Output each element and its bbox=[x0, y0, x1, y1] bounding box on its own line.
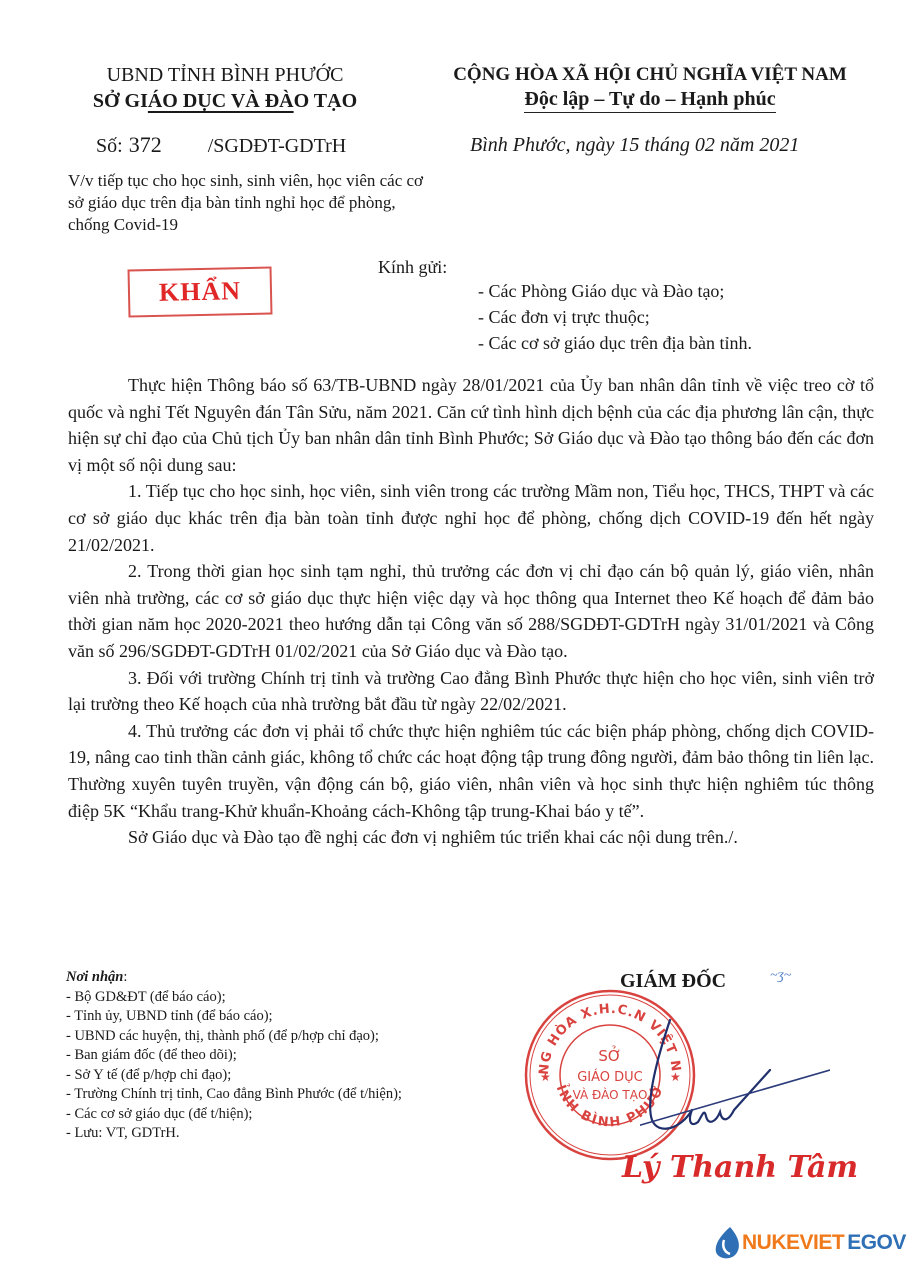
svg-text:GIÁO DỤC: GIÁO DỤC bbox=[577, 1069, 643, 1085]
svg-text:★: ★ bbox=[540, 1070, 551, 1084]
svg-text:SỞ: SỞ bbox=[598, 1045, 621, 1065]
issuing-organization: SỞ GIÁO DỤC VÀ ĐÀO TẠO bbox=[60, 88, 390, 114]
body-paragraph: 3. Đối với trường Chính trị tỉnh và trườ… bbox=[68, 665, 874, 718]
logo-text-secondary: EGOV bbox=[847, 1231, 906, 1255]
doc-number-suffix: /SGDĐT-GDTrH bbox=[208, 135, 347, 157]
svg-text:VÀ ĐÀO TẠO: VÀ ĐÀO TẠO bbox=[573, 1087, 648, 1102]
distribution-list: Nơi nhận: - Bộ GD&ĐT (để báo cáo); - Tỉn… bbox=[66, 968, 402, 1144]
distribution-item: - Các cơ sở giáo dục (để t/hiện); bbox=[66, 1105, 402, 1125]
doc-number-value: 372 bbox=[129, 132, 162, 157]
distribution-item: - UBND các huyện, thị, thành phố (để p/h… bbox=[66, 1027, 402, 1047]
document-subject: V/v tiếp tục cho học sinh, sinh viên, họ… bbox=[68, 170, 428, 236]
body-paragraph: 1. Tiếp tục cho học sinh, học viên, sinh… bbox=[68, 478, 874, 558]
water-drop-icon bbox=[712, 1226, 742, 1260]
recipient-item: - Các Phòng Giáo dục và Đào tạo; bbox=[478, 278, 752, 304]
distribution-item: - Tỉnh ủy, UBND tỉnh (để báo cáo); bbox=[66, 1007, 402, 1027]
distribution-item: - Sở Y tế (để p/hợp chỉ đạo); bbox=[66, 1066, 402, 1086]
distribution-heading-text: Nơi nhận bbox=[66, 969, 123, 985]
place-date: Bình Phước, ngày 15 tháng 02 năm 2021 bbox=[470, 132, 799, 158]
signer-name: Lý Thanh Tâm bbox=[622, 1150, 858, 1185]
distribution-item: - Bộ GD&ĐT (để báo cáo); bbox=[66, 988, 402, 1008]
distribution-item: - Ban giám đốc (để theo dõi); bbox=[66, 1046, 402, 1066]
recipient-item: - Các đơn vị trực thuộc; bbox=[478, 304, 752, 330]
body-paragraph: 4. Thủ trưởng các đơn vị phải tổ chức th… bbox=[68, 718, 874, 824]
doc-number-label: Số: bbox=[96, 135, 123, 157]
distribution-item: - Trường Chính trị tỉnh, Cao đẳng Bình P… bbox=[66, 1085, 402, 1105]
urgent-stamp: KHẨN bbox=[128, 266, 273, 317]
body-paragraph: 2. Trong thời gian học sinh tạm nghỉ, th… bbox=[68, 558, 874, 664]
document-number: Số:372/SGDĐT-GDTrH bbox=[96, 132, 346, 159]
logo-text-primary: NUKEVIET bbox=[742, 1231, 844, 1255]
motto-text: Độc lập – Tự do – Hạnh phúc bbox=[524, 88, 775, 113]
signer-title: GIÁM ĐỐC bbox=[620, 970, 726, 993]
urgent-stamp-label: KHẨN bbox=[159, 276, 242, 308]
distribution-heading: Nơi nhận: bbox=[66, 968, 402, 988]
initials-mark: ~ʒ~ bbox=[770, 968, 791, 984]
org-name-underlined: ÁO DỤC VÀ ĐÀ bbox=[148, 90, 294, 112]
distribution-item: - Lưu: VT, GDTrH. bbox=[66, 1124, 402, 1144]
body-paragraph: Thực hiện Thông báo số 63/TB-UBND ngày 2… bbox=[68, 372, 874, 478]
parent-organization: UBND TỈNH BÌNH PHƯỚC bbox=[60, 62, 390, 88]
handwritten-signature-icon bbox=[640, 1010, 830, 1170]
document-body: Thực hiện Thông báo số 63/TB-UBND ngày 2… bbox=[68, 372, 874, 851]
org-name-part: O TẠO bbox=[294, 90, 358, 112]
recipients-list: - Các Phòng Giáo dục và Đào tạo; - Các đ… bbox=[478, 278, 752, 356]
org-name-part: SỞ GI bbox=[93, 90, 148, 112]
body-paragraph: Sở Giáo dục và Đào tạo đề nghị các đơn v… bbox=[68, 824, 874, 851]
recipient-item: - Các cơ sở giáo dục trên địa bàn tỉnh. bbox=[478, 330, 752, 356]
national-motto: Độc lập – Tự do – Hạnh phúc bbox=[430, 86, 870, 112]
nukeviet-egov-logo: NUKEVIET EGOV bbox=[712, 1226, 906, 1260]
national-title: CỘNG HÒA XÃ HỘI CHỦ NGHĨA VIỆT NAM bbox=[430, 62, 870, 88]
greeting-label: Kính gửi: bbox=[378, 255, 447, 279]
